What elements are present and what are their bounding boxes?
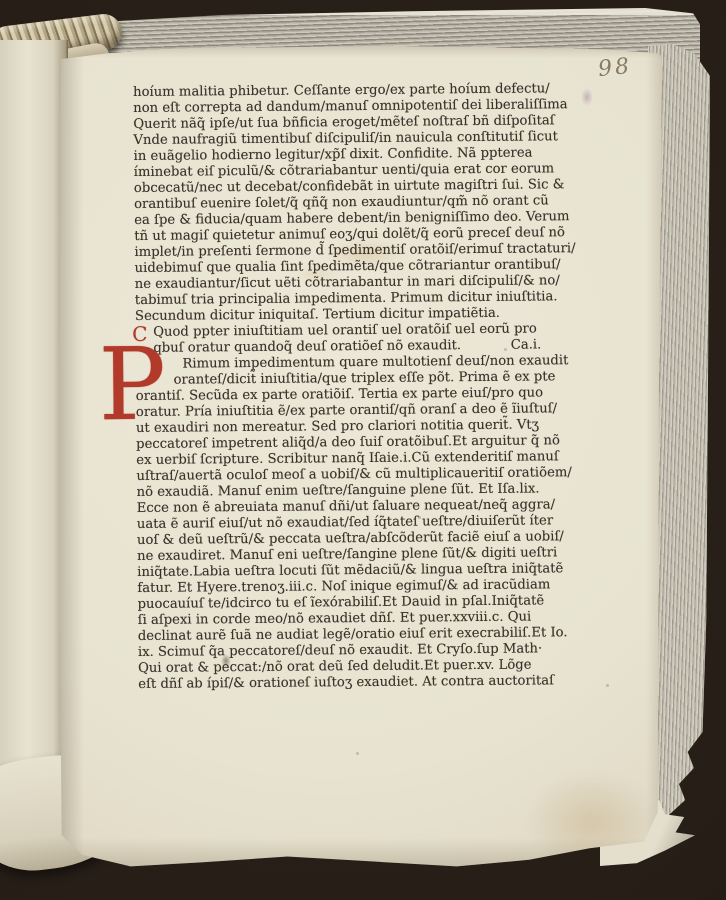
facing-page-edge [0,40,68,856]
chapter-number: Ca.i. [511,337,542,353]
chapter-body-lines: orantiſ. Secũda ex parte oratiõiſ. Terti… [136,385,579,693]
text-line: eſt dñſ ab ípiſ/& orationeſ iuſtoʒ exaud… [138,673,578,693]
rubric-text: Quod ppter iniuſtitiam uel orantiſ uel o… [153,321,537,339]
text-block: hoíum malitia phibetur. Ceſſante ergo/ex… [133,81,578,693]
folio-number: 98 [597,51,659,82]
manuscript-page: 98 hoíum malitia phibetur. Ceſſante ergo… [58,46,662,868]
paragraph-continuation: hoíum malitia phibetur. Ceſſante ergo/ex… [133,81,575,325]
rubricated-initial-letter: P [98,345,166,426]
chapter-text: P Rimum impedimentum quare multotienſ de… [135,353,578,693]
book-photograph: 98 hoíum malitia phibetur. Ceſſante ergo… [0,0,726,900]
rubric: CQuod ppter iniuſtitiam uel orantiſ uel … [135,321,575,357]
ink-smudge [581,88,593,106]
chapter-opening-lines: Rimum impedimentum quare multotienſ deuſ… [135,353,575,389]
